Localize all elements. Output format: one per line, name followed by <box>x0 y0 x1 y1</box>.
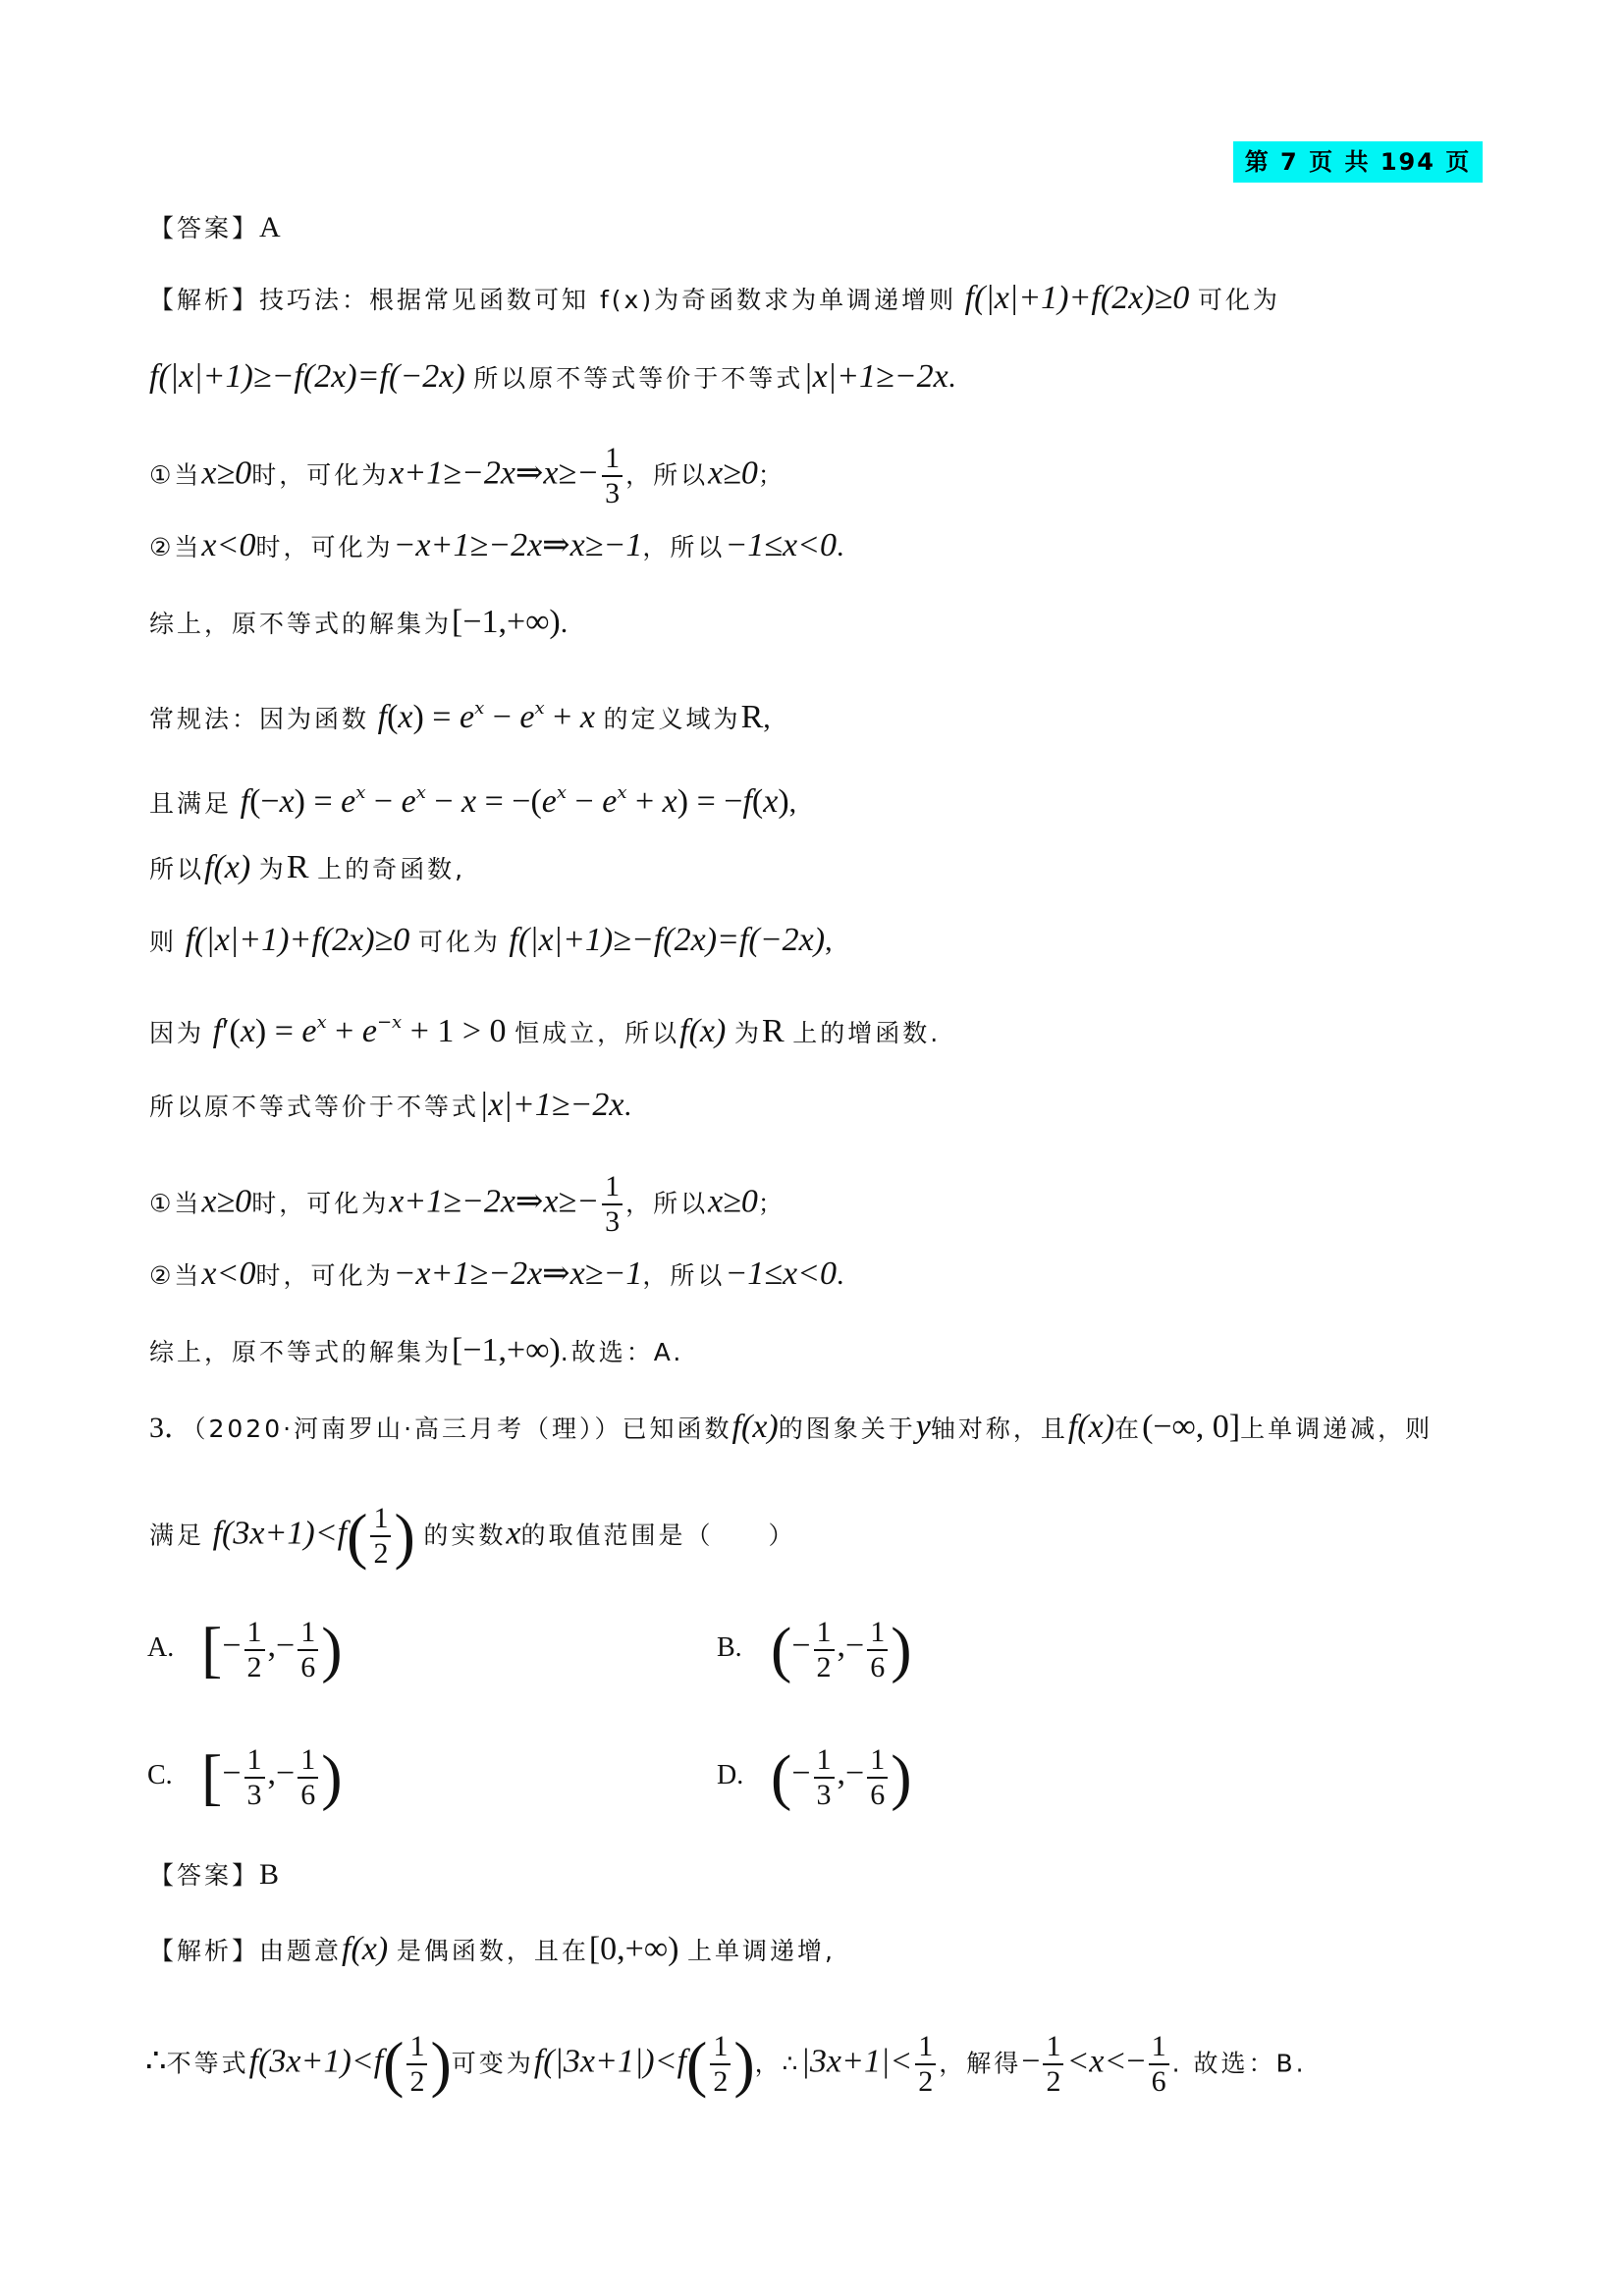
real-set-symbol: R <box>287 849 309 885</box>
stem-text: 已知函数 <box>623 1415 732 1443</box>
therefore-symbol: ∴ <box>145 2044 167 2080</box>
bracket: [ <box>201 1615 222 1684</box>
bracket: ) <box>321 1615 342 1684</box>
derivative-line: 因为 f′(x) = ex + e−x + 1 > 0 恒成立，所以f(x) 为… <box>149 1005 941 1051</box>
stem-text: 上单调递减，则 <box>1240 1415 1433 1443</box>
analysis-text: 因为 <box>149 1019 204 1047</box>
analysis-text: 可化为 <box>418 928 501 956</box>
math-expression: x≥0 <box>708 455 758 492</box>
odd-function-line: 且满足 f(−x) = ex − ex − x = −(ex − ex + x)… <box>149 775 796 822</box>
math-expression: f(|x|+1)+f(2x)≥0 <box>965 280 1190 316</box>
case-label: ②当 <box>149 1261 201 1290</box>
answer-line-q3: 【答案】B <box>149 1857 279 1894</box>
math-expression: f(x) <box>679 1013 726 1049</box>
analysis-text: 恒成立，所以 <box>514 1019 679 1047</box>
math-expression: x+1≥−2x⇒x≥− <box>389 1184 599 1220</box>
punctuation: ； <box>758 1190 785 1218</box>
math-expression: <x< <box>1066 2044 1126 2080</box>
bracket: ) <box>321 1742 342 1812</box>
math-expression: f(3x+1)<f <box>249 2044 384 2080</box>
math-variable: y <box>916 1409 931 1445</box>
math-expression: f(x) <box>732 1409 779 1445</box>
equivalence-line: 所以原不等式等价于不等式|x|+1≥−2x. <box>149 1088 631 1125</box>
fraction: 12 <box>370 1502 391 1571</box>
analysis-text: 技巧法：根据常见函数可知 f(x)为奇函数求为单调递增则 <box>259 286 956 314</box>
fraction: 13 <box>602 442 623 510</box>
analysis-text: 可化为 <box>1198 286 1280 314</box>
analysis-line-2: f(|x|+1)≥−f(2x)=f(−2x) 所以原不等式等价于不等式|x|+1… <box>149 359 955 397</box>
case-label: ①当 <box>149 1190 201 1218</box>
bracket: ( <box>771 1615 791 1684</box>
analysis-text: 且满足 <box>149 789 232 818</box>
math-expression: −x+1≥−2x⇒x≥−1 <box>393 1255 642 1292</box>
math-expression: −x+1≥−2x⇒x≥−1 <box>393 527 642 563</box>
analysis-text: 是偶函数，且在 <box>397 1937 589 1965</box>
summary-line: 综上，原不等式的解集为[−1,+∞). <box>149 605 568 642</box>
q3-analysis-line-2: ∴不等式f(3x+1)<f(12)可变为f(|3x+1|)<f(12)，∴|3x… <box>145 2030 1307 2099</box>
analysis-text: 上的奇函数, <box>317 855 465 883</box>
fraction: 13 <box>602 1170 623 1239</box>
analysis-text: 综上，原不等式的解集为 <box>149 1338 452 1366</box>
stem-text: 的取值范围是（ ） <box>520 1522 795 1550</box>
case-1-line-repeat: ①当x≥0时，可化为x+1≥−2x⇒x≥−13，所以x≥0； <box>149 1170 785 1239</box>
analysis-label: 【解析】 <box>149 286 259 314</box>
bracket: ) <box>891 1615 911 1684</box>
option-c[interactable]: C. [−13,−16) <box>147 1730 343 1820</box>
real-set-symbol: R <box>741 699 764 735</box>
q3-analysis-line-1: 【解析】由题意f(x) 是偶函数，且在[0,+∞) 上单调递增, <box>149 1932 836 1969</box>
math-expression: |x|+1≥−2x <box>803 358 947 395</box>
analysis-text: 为 <box>259 855 287 883</box>
math-expression: f(|x|+1)≥−f(2x)=f(−2x) <box>509 922 825 958</box>
math-expression: x≥0 <box>708 1184 758 1220</box>
option-d[interactable]: D. (−13,−16) <box>717 1730 912 1820</box>
math-interval: (−∞, 0] <box>1142 1409 1240 1445</box>
math-expression: f(x) <box>1068 1409 1114 1445</box>
math-expression: [−1,+∞) <box>452 604 561 640</box>
math-expression: x≥0 <box>201 1184 251 1220</box>
analysis-text: 不等式 <box>167 2050 249 2078</box>
math-expression: x<0 <box>201 1255 255 1292</box>
math-expression: x≥0 <box>201 455 251 492</box>
math-expression: f(x) <box>204 849 250 885</box>
analysis-text: 则 <box>149 928 177 956</box>
punctuation: ； <box>758 461 785 490</box>
math-expression: x<0 <box>201 527 255 563</box>
analysis-text: 时，可化为 <box>251 461 389 490</box>
case-label: ①当 <box>149 461 201 490</box>
case-2-line: ②当x<0时，可化为−x+1≥−2x⇒x≥−1，所以−1≤x<0. <box>149 528 844 565</box>
math-expression: −1≤x<0 <box>725 527 837 563</box>
stem-text: 在 <box>1114 1415 1142 1443</box>
math-interval: [0,+∞) <box>589 1931 679 1967</box>
analysis-text: ，∴ <box>755 2050 801 2078</box>
answer-label: 【答案】 <box>149 214 259 242</box>
case-2-line-repeat: ②当x<0时，可化为−x+1≥−2x⇒x≥−1，所以−1≤x<0. <box>149 1256 844 1294</box>
analysis-text: 上单调递增, <box>687 1937 836 1965</box>
math-expression: [−1,+∞) <box>452 1332 561 1368</box>
stem-text: 的图象关于 <box>779 1415 916 1443</box>
answer-value: A <box>259 211 281 243</box>
analysis-text: 时，可化为 <box>251 1190 389 1218</box>
analysis-text: 所以 <box>149 855 204 883</box>
option-b[interactable]: B. (−12,−16) <box>717 1602 912 1692</box>
question-source: （2020·河南罗山·高三月考（理）） <box>193 1415 623 1443</box>
math-expression: f(3x+1)<f <box>213 1516 348 1552</box>
math-expression: f(|3x+1|)<f <box>534 2044 686 2080</box>
method-2-line: 常规法：因为函数 f(x) = ex − ex + x 的定义域为R, <box>149 691 771 737</box>
answer-label: 【答案】 <box>149 1861 259 1890</box>
bracket: [ <box>201 1742 222 1812</box>
answer-line-q2: 【答案】A <box>149 210 281 246</box>
analysis-text: ，所以 <box>642 1261 725 1290</box>
question-3-stem-line-2: 满足 f(3x+1)<f(12) 的实数x的取值范围是（ ） <box>149 1502 795 1571</box>
analysis-text: 所以原不等式等价于不等式 <box>149 1093 479 1121</box>
math-expression: |3x+1|< <box>801 2044 913 2080</box>
then-line: 则 f(|x|+1)+f(2x)≥0 可化为 f(|x|+1)≥−f(2x)=f… <box>149 923 833 960</box>
option-label: D. <box>717 1732 764 1820</box>
analysis-text: ，所以 <box>625 461 708 490</box>
case-1-line: ①当x≥0时，可化为x+1≥−2x⇒x≥−13，所以x≥0； <box>149 442 785 510</box>
bracket: ) <box>891 1742 911 1812</box>
analysis-text: ，解得 <box>939 2050 1021 2078</box>
page-number-badge: 第 7 页 共 194 页 <box>1233 141 1483 183</box>
math-expression: f <box>378 699 387 735</box>
option-label: A. <box>147 1604 194 1692</box>
analysis-text: 上的增函数. <box>792 1019 941 1047</box>
analysis-text: 常规法：因为函数 <box>149 705 369 733</box>
analysis-text: 所以原不等式等价于不等式 <box>473 364 803 393</box>
analysis-text: 由题意 <box>259 1937 342 1965</box>
final-choice: .故选：A. <box>561 1338 684 1366</box>
option-label: C. <box>147 1732 194 1820</box>
option-a[interactable]: A. [−12,−16) <box>147 1602 343 1692</box>
stem-text: 轴对称，且 <box>931 1415 1068 1443</box>
option-label: B. <box>717 1604 764 1692</box>
stem-text: 的实数 <box>423 1522 506 1550</box>
math-expression: |x|+1≥−2x <box>479 1087 623 1123</box>
question-3-stem-line-1: 3．（2020·河南罗山·高三月考（理））已知函数f(x)的图象关于y轴对称，且… <box>149 1410 1433 1447</box>
analysis-text: ，所以 <box>625 1190 708 1218</box>
answer-value: B <box>259 1858 279 1891</box>
real-set-symbol: R <box>762 1013 785 1049</box>
math-expression: −1≤x<0 <box>725 1255 837 1292</box>
question-number: 3． <box>149 1412 193 1444</box>
analysis-text: 为 <box>734 1019 762 1047</box>
math-expression: f(|x|+1)≥−f(2x)=f(−2x) <box>149 358 465 395</box>
case-label: ②当 <box>149 533 201 561</box>
analysis-label: 【解析】 <box>149 1937 259 1965</box>
bracket: ( <box>771 1742 791 1812</box>
analysis-line-1: 【解析】技巧法：根据常见函数可知 f(x)为奇函数求为单调递增则 f(|x|+1… <box>149 281 1280 318</box>
analysis-text: 综上，原不等式的解集为 <box>149 610 452 638</box>
analysis-text: ，所以 <box>642 533 725 561</box>
math-expression: x+1≥−2x⇒x≥− <box>389 455 599 492</box>
math-expression: f(x) <box>342 1931 388 1967</box>
analysis-text: 可变为 <box>452 2050 534 2078</box>
analysis-text: 时，可化为 <box>255 533 393 561</box>
odd-conclusion-line: 所以f(x) 为R 上的奇函数, <box>149 850 465 887</box>
analysis-text: 时，可化为 <box>255 1261 393 1290</box>
final-choice: . 故选：B. <box>1172 2050 1307 2078</box>
math-variable: x <box>506 1516 520 1552</box>
stem-text: 满足 <box>149 1522 204 1550</box>
math-expression: f(|x|+1)+f(2x)≥0 <box>186 922 410 958</box>
final-summary-line: 综上，原不等式的解集为[−1,+∞).故选：A. <box>149 1333 683 1370</box>
analysis-text: 的定义域为 <box>604 705 741 733</box>
